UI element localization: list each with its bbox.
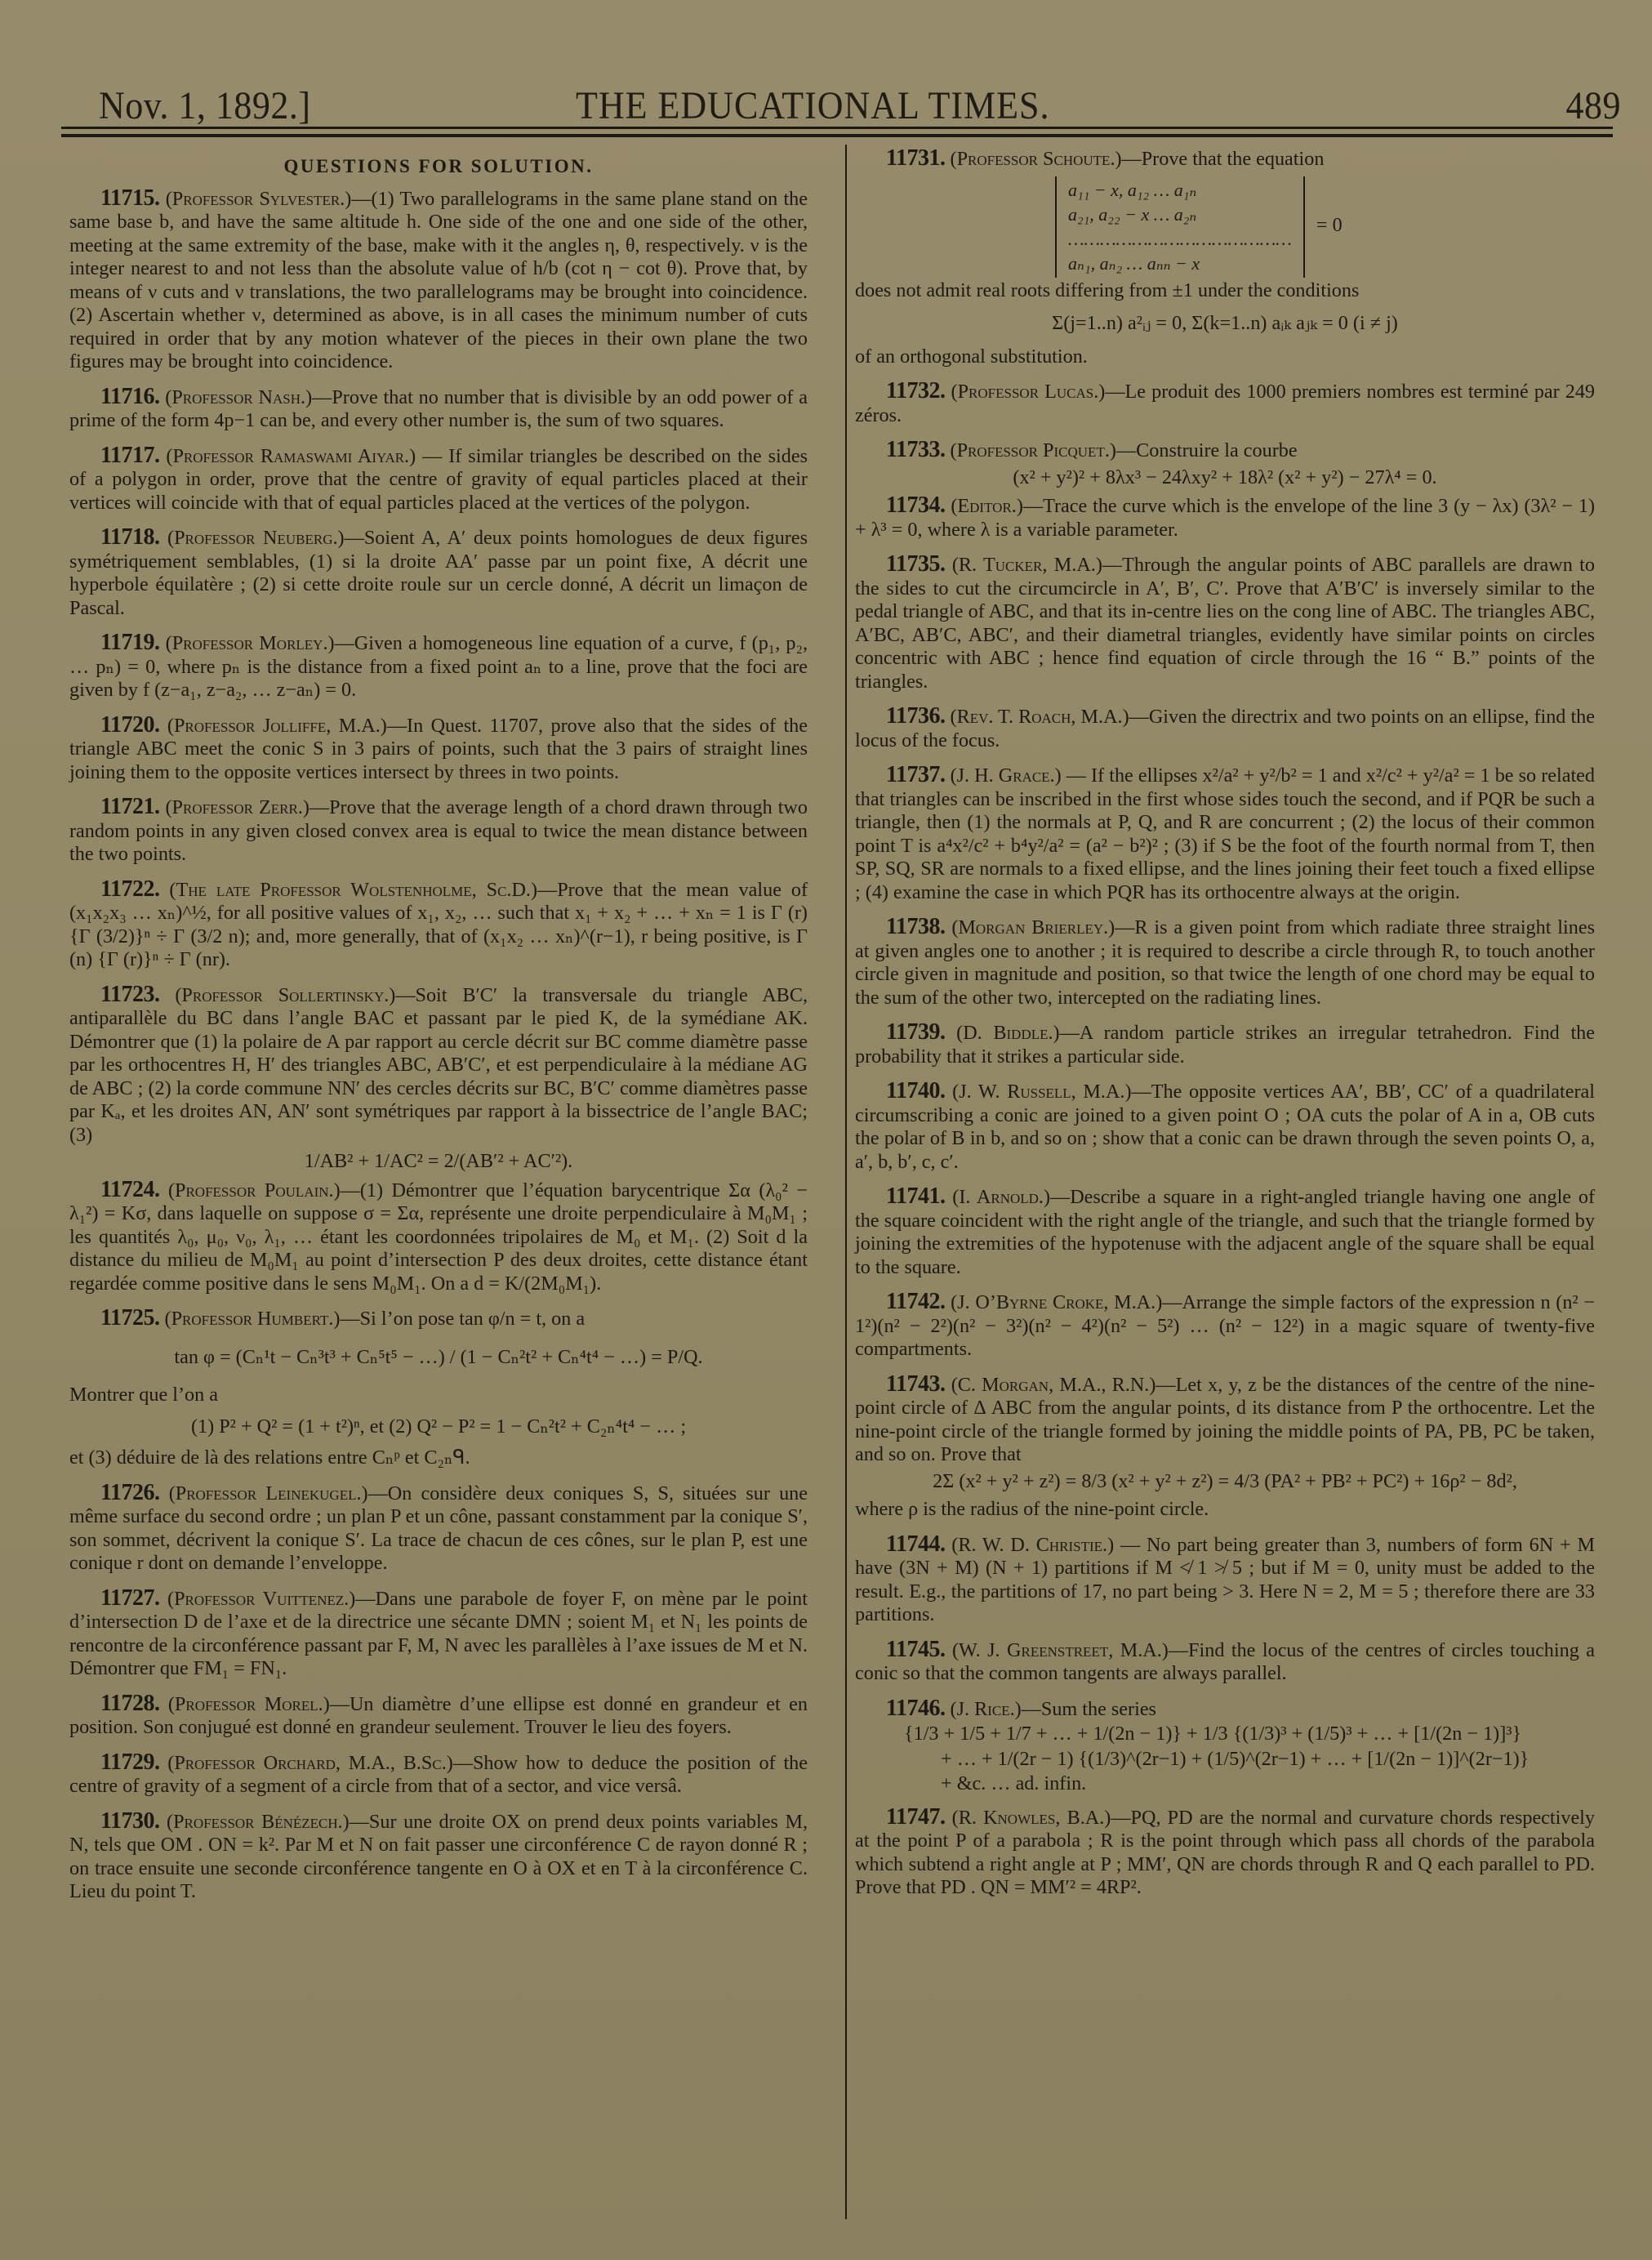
question-author: (Professor Ramaswami Aiyar.) [166, 445, 416, 467]
question-11731-text-3: of an orthogonal substitution. [855, 345, 1595, 369]
question-number: 11739. [886, 1019, 945, 1045]
question-author: (Professor Orchard, M.A., B.Sc.) [167, 1752, 453, 1774]
question-author: (W. J. Greenstreet, M.A.) [952, 1639, 1169, 1661]
question-11716: 11716. (Professor Nash.)—Prove that no n… [69, 386, 808, 433]
question-author: (Professor Morel.) [168, 1693, 330, 1715]
matrix-row: a₁₁ − x, a₁₂ … a₁ₙ [1068, 178, 1292, 203]
question-number: 11736. [886, 703, 945, 729]
question-author: (Professor Lucas.) [951, 381, 1106, 403]
determinant-matrix: a₁₁ − x, a₁₂ … a₁ₙ a₂₁, a₂₂ − x … a₂ₙ ……… [1055, 176, 1305, 278]
question-11737: 11737. (J. H. Grace.) — If the ellipses … [855, 764, 1595, 904]
question-number: 11744. [886, 1531, 945, 1557]
question-11733-equation: (x² + y²)² + 8λx³ − 24λxy² + 18λ² (x² + … [855, 466, 1595, 490]
question-number: 11715. [100, 185, 159, 211]
question-author: (Professor Picquet.) [951, 439, 1116, 461]
question-11743-equation: 2Σ (x² + y² + z²) = 8/3 (x² + y² + z²) =… [855, 1470, 1595, 1494]
page-number: 489 [1566, 83, 1622, 128]
question-number: 11725. [100, 1305, 159, 1331]
question-author: (Professor Neuberg.) [167, 527, 345, 549]
question-11731-text-2: does not admit real roots differing from… [855, 279, 1595, 303]
question-number: 11735. [886, 551, 945, 577]
question-11743: 11743. (C. Morgan, M.A., R.N.)—Let x, y,… [855, 1373, 1595, 1467]
question-11744: 11744. (R. W. D. Christie.) — No part be… [855, 1533, 1595, 1627]
question-author: (Professor Bénézech.) [167, 1811, 350, 1833]
question-11725-equation: tan φ = (Cₙ¹t − Cₙ³t³ + Cₙ⁵t⁵ − …) / (1 … [69, 1346, 808, 1370]
question-author: (R. Tucker, M.A.) [952, 554, 1102, 576]
question-11734: 11734. (Editor.)—Trace the curve which i… [855, 494, 1595, 542]
question-text: —Prove that the equation [1122, 148, 1325, 170]
question-number: 11721. [100, 794, 159, 819]
question-number: 11737. [886, 762, 945, 787]
question-number: 11745. [886, 1637, 945, 1662]
question-author: (Professor Leinekugel.) [169, 1482, 368, 1504]
header-rule-top [61, 127, 1613, 129]
question-number: 11729. [100, 1750, 159, 1775]
column-divider [845, 145, 847, 2219]
question-author: (J. H. Grace.) [951, 764, 1062, 787]
question-11717: 11717. (Professor Ramaswami Aiyar.) — If… [69, 444, 808, 515]
question-text: —Soit B′C′ la transversale du triangle A… [69, 984, 808, 1146]
question-11729: 11729. (Professor Orchard, M.A., B.Sc.)—… [69, 1751, 808, 1799]
question-author: (C. Morgan, M.A., R.N.) [951, 1374, 1156, 1396]
question-11726: 11726. (Professor Leinekugel.)—On consid… [69, 1482, 808, 1576]
question-author: (Professor Jolliffe, M.A.) [167, 715, 387, 737]
matrix-row: aₙ₁, aₙ₂ … aₙₙ − x [1068, 252, 1292, 276]
question-11746-equation-3: + &c. … ad. infin. [941, 1772, 1595, 1796]
question-number: 11724. [100, 1177, 159, 1202]
question-11723-equation: 1/AB² + 1/AC² = 2/(AB′² + AC′²). [69, 1150, 808, 1174]
question-author: (D. Biddle.) [956, 1022, 1059, 1044]
question-number: 11747. [886, 1804, 945, 1830]
question-11725-text-3: et (3) déduire de là des relations entre… [69, 1446, 808, 1470]
question-11725-equation-2: (1) P² + Q² = (1 + t²)ⁿ, et (2) Q² − P² … [69, 1415, 808, 1439]
question-11728: 11728. (Professor Morel.)—Un diamètre d’… [69, 1692, 808, 1740]
question-number: 11743. [886, 1371, 945, 1397]
question-11745: 11745. (W. J. Greenstreet, M.A.)—Find th… [855, 1638, 1595, 1686]
question-author: (Professor Sollertinsky.) [175, 984, 395, 1006]
question-11718: 11718. (Professor Neuberg.)—Soient A, A′… [69, 526, 808, 620]
question-author: (I. Arnold.) [952, 1186, 1050, 1208]
question-number: 11731. [886, 145, 945, 171]
question-number: 11732. [886, 378, 945, 403]
left-column: QUESTIONS FOR SOLUTION. 11715. (Professo… [69, 145, 808, 1915]
question-author: (R. W. D. Christie.) [951, 1534, 1114, 1556]
question-text: —Si l’on pose tan φ/n = t, on a [340, 1308, 585, 1330]
question-number: 11741. [886, 1183, 945, 1209]
question-author: (J. Rice.) [951, 1698, 1022, 1720]
question-11725: 11725. (Professor Humbert.)—Si l’on pose… [69, 1307, 808, 1331]
question-author: (J. O’Byrne Croke, M.A.) [951, 1291, 1162, 1313]
question-number: 11727. [100, 1585, 159, 1611]
question-number: 11716. [100, 384, 159, 409]
question-11719: 11719. (Professor Morley.)—Given a homog… [69, 631, 808, 702]
matrix-row: …………………………………… [1068, 227, 1292, 252]
matrix-row: a₂₁, a₂₂ − x … a₂ₙ [1068, 203, 1292, 227]
question-11730: 11730. (Professor Bénézech.)—Sur une dro… [69, 1810, 808, 1904]
question-author: (Professor Schoute.) [951, 148, 1122, 170]
question-number: 11717. [100, 443, 159, 468]
right-column: 11731. (Professor Schoute.)—Prove that t… [855, 145, 1595, 1911]
question-11732: 11732. (Professor Lucas.)—Le produit des… [855, 380, 1595, 427]
journal-title: THE EDUCATIONAL TIMES. [576, 83, 1050, 128]
question-number: 11733. [886, 437, 945, 462]
question-text: —Sum the series [1022, 1698, 1156, 1720]
question-11735: 11735. (R. Tucker, M.A.)—Through the ang… [855, 553, 1595, 693]
question-11739: 11739. (D. Biddle.)—A random particle st… [855, 1021, 1595, 1068]
question-author: (Professor Sylvester.) [166, 188, 352, 210]
question-author: (Editor.) [951, 495, 1023, 517]
question-number: 11746. [886, 1696, 945, 1721]
question-11731-equation-2: Σ(j=1..n) a²ᵢⱼ = 0, Σ(k=1..n) aᵢₖ aⱼₖ = … [855, 312, 1595, 336]
question-11720: 11720. (Professor Jolliffe, M.A.)—In Que… [69, 714, 808, 785]
question-11740: 11740. (J. W. Russell, M.A.)—The opposit… [855, 1080, 1595, 1174]
issue-date: Nov. 1, 1892.] [99, 83, 311, 128]
question-number: 11723. [100, 982, 159, 1007]
question-number: 11728. [100, 1691, 159, 1716]
question-author: (R. Knowles, B.A.) [952, 1807, 1111, 1829]
question-11731: 11731. (Professor Schoute.)—Prove that t… [855, 147, 1595, 172]
question-author: (The late Professor Wolstenholme, Sc.D.) [169, 879, 537, 901]
header-rule-bottom [61, 134, 1613, 137]
question-11746-equation-2: + … + 1/(2r − 1) {(1/3)^(2r−1) + (1/5)^(… [941, 1748, 1595, 1772]
question-11727: 11727. (Professor Vuittenez.)—Dans une p… [69, 1587, 808, 1681]
question-11747: 11747. (R. Knowles, B.A.)—PQ, PD are the… [855, 1806, 1595, 1900]
question-11722: 11722. (The late Professor Wolstenholme,… [69, 878, 808, 972]
question-author: (Morgan Brierley.) [951, 916, 1115, 938]
question-11736: 11736. (Rev. T. Roach, M.A.)—Given the d… [855, 705, 1595, 752]
determinant-equation: a₁₁ − x, a₁₂ … a₁ₙ a₂₁, a₂₂ − x … a₂ₙ ……… [855, 173, 1595, 279]
question-number: 11726. [100, 1480, 159, 1505]
question-number: 11730. [100, 1808, 159, 1834]
question-11723: 11723. (Professor Sollertinsky.)—Soit B′… [69, 983, 808, 1148]
question-number: 11720. [100, 712, 159, 738]
question-11746-equation: {1/3 + 1/5 + 1/7 + … + 1/(2n − 1)} + 1/3… [904, 1723, 1595, 1746]
question-11725-text: Montrer que l’on a [69, 1384, 808, 1407]
matrix-rhs: = 0 [1316, 214, 1343, 238]
question-11721: 11721. (Professor Zerr.)—Prove that the … [69, 796, 808, 867]
question-number: 11742. [886, 1289, 945, 1314]
question-author: (Professor Morley.) [166, 632, 335, 654]
question-number: 11719. [100, 630, 159, 655]
question-author: (Professor Vuittenez.) [167, 1588, 355, 1610]
question-author: (Professor Humbert.) [165, 1308, 341, 1330]
question-number: 11734. [886, 493, 945, 518]
question-author: (Professor Zerr.) [165, 796, 309, 818]
section-title: QUESTIONS FOR SOLUTION. [69, 155, 808, 179]
question-11738: 11738. (Morgan Brierley.)—R is a given p… [855, 916, 1595, 1010]
question-number: 11722. [100, 876, 159, 902]
question-author: (Professor Nash.) [165, 386, 312, 408]
running-header: Nov. 1, 1892.] THE EDUCATIONAL TIMES. 48… [61, 83, 1613, 127]
question-11741: 11741. (I. Arnold.)—Describe a square in… [855, 1185, 1595, 1279]
question-author: (J. W. Russell, M.A.) [952, 1081, 1131, 1103]
question-text: —Construire la courbe [1116, 439, 1298, 461]
question-number: 11718. [100, 524, 159, 550]
question-author: (Rev. T. Roach, M.A.) [951, 706, 1129, 728]
question-11733: 11733. (Professor Picquet.)—Construire l… [855, 439, 1595, 463]
question-11746: 11746. (J. Rice.)—Sum the series [855, 1697, 1595, 1722]
question-text: —(1) Two parallelograms in the same plan… [69, 188, 808, 373]
question-number: 11740. [886, 1078, 945, 1103]
question-11743-text-2: where ρ is the radius of the nine-point … [855, 1498, 1595, 1522]
question-11724: 11724. (Professor Poulain.)—(1) Démontre… [69, 1179, 808, 1296]
question-number: 11738. [886, 914, 945, 939]
question-author: (Professor Poulain.) [168, 1179, 341, 1201]
question-11742: 11742. (J. O’Byrne Croke, M.A.)—Arrange … [855, 1290, 1595, 1362]
question-11715: 11715. (Professor Sylvester.)—(1) Two pa… [69, 187, 808, 374]
